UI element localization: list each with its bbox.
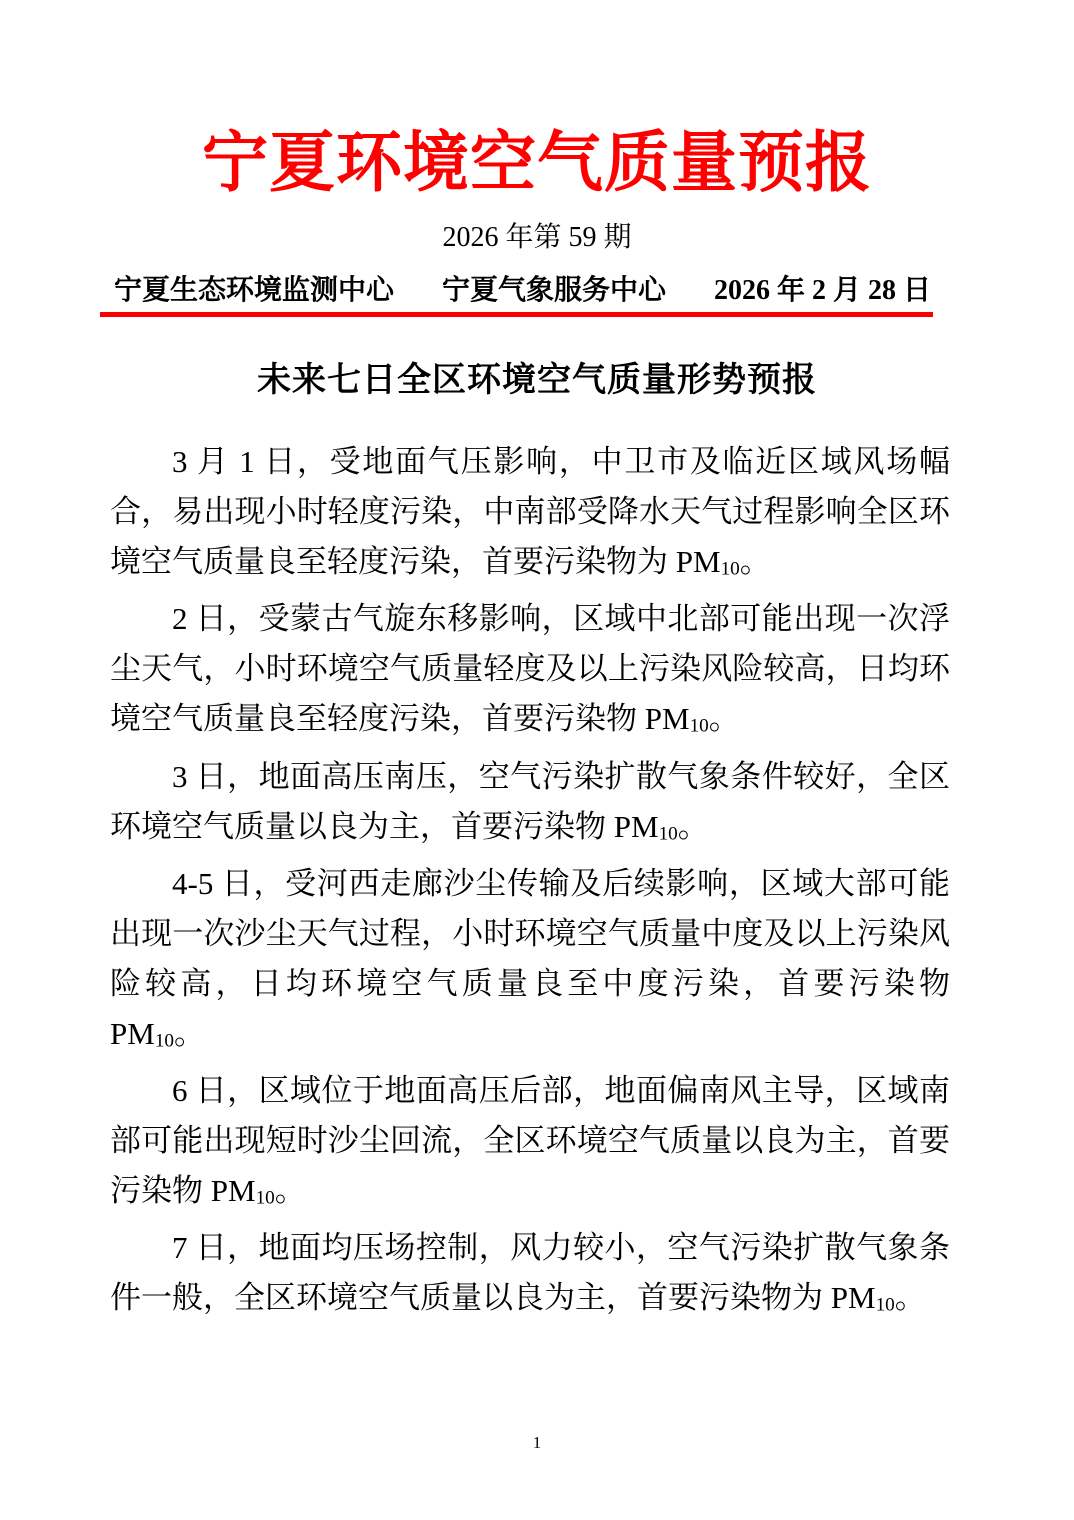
paragraph-text: 。: [174, 1016, 205, 1051]
forecast-paragraph: 3 月 1 日，受地面气压影响，中卫市及临近区域风场幅合，易出现小时轻度污染，中…: [110, 437, 950, 594]
paragraph-text: 。: [678, 809, 709, 844]
paragraph-text: 。: [895, 1280, 926, 1315]
paragraph-text: 4-5 日，受河西走廊沙尘传输及后续影响，区域大部可能出现一次沙尘天气过程，小时…: [110, 866, 950, 1051]
paragraph-text: 3 月 1 日，受地面气压影响，中卫市及临近区域风场幅合，易出现小时轻度污染，中…: [110, 444, 950, 579]
paragraph-text: 6 日，区域位于地面高压后部，地面偏南风主导，区域南部可能出现短时沙尘回流，全区…: [110, 1073, 950, 1208]
paragraph-text: 。: [709, 701, 740, 736]
forecast-paragraph: 2 日，受蒙古气旋东移影响，区域中北部可能出现一次浮尘天气，小时环境空气质量轻度…: [110, 594, 950, 751]
document-title: 宁夏环境空气质量预报: [0, 0, 1074, 202]
paragraph-text: 7 日，地面均压场控制，风力较小，空气污染扩散气象条件一般，全区环境空气质量以良…: [110, 1230, 950, 1315]
pm10-subscript: 10: [690, 716, 709, 737]
section-title: 未来七日全区环境空气质量形势预报: [0, 361, 1074, 399]
document-page: 宁夏环境空气质量预报 2026 年第 59 期 宁夏生态环境监测中心 宁夏气象服…: [0, 0, 1074, 1520]
forecast-paragraph: 3 日，地面高压南压，空气污染扩散气象条件较好，全区环境空气质量以良为主，首要污…: [110, 752, 950, 859]
paragraph-text: 2 日，受蒙古气旋东移影响，区域中北部可能出现一次浮尘天气，小时环境空气质量轻度…: [110, 601, 950, 736]
paragraph-text: 3 日，地面高压南压，空气污染扩散气象条件较好，全区环境空气质量以良为主，首要污…: [110, 759, 950, 844]
header-info-row: 宁夏生态环境监测中心 宁夏气象服务中心 2026 年 2 月 28 日: [100, 276, 933, 306]
pm10-subscript: 10: [155, 1030, 174, 1051]
pm10-subscript: 10: [659, 823, 678, 844]
issue-date: 2026 年 2 月 28 日: [714, 276, 931, 306]
header-info-block: 宁夏生态环境监测中心 宁夏气象服务中心 2026 年 2 月 28 日: [100, 276, 933, 317]
forecast-paragraph: 6 日，区域位于地面高压后部，地面偏南风主导，区域南部可能出现短时沙尘回流，全区…: [110, 1066, 950, 1223]
paragraph-text: 。: [275, 1173, 306, 1208]
forecast-paragraph: 4-5 日，受河西走廊沙尘传输及后续影响，区域大部可能出现一次沙尘天气过程，小时…: [110, 859, 950, 1066]
issuing-org-left: 宁夏生态环境监测中心: [114, 276, 394, 306]
paragraph-text: 。: [740, 544, 771, 579]
forecast-paragraphs: 3 月 1 日，受地面气压影响，中卫市及临近区域风场幅合，易出现小时轻度污染，中…: [110, 437, 950, 1331]
issue-number: 2026 年第 59 期: [0, 222, 1074, 254]
page-number: 1: [0, 1432, 1074, 1454]
pm10-subscript: 10: [876, 1295, 895, 1316]
pm10-subscript: 10: [721, 558, 740, 579]
issuing-org-center: 宁夏气象服务中心: [442, 276, 666, 306]
pm10-subscript: 10: [256, 1187, 275, 1208]
forecast-paragraph: 7 日，地面均压场控制，风力较小，空气污染扩散气象条件一般，全区环境空气质量以良…: [110, 1223, 950, 1330]
